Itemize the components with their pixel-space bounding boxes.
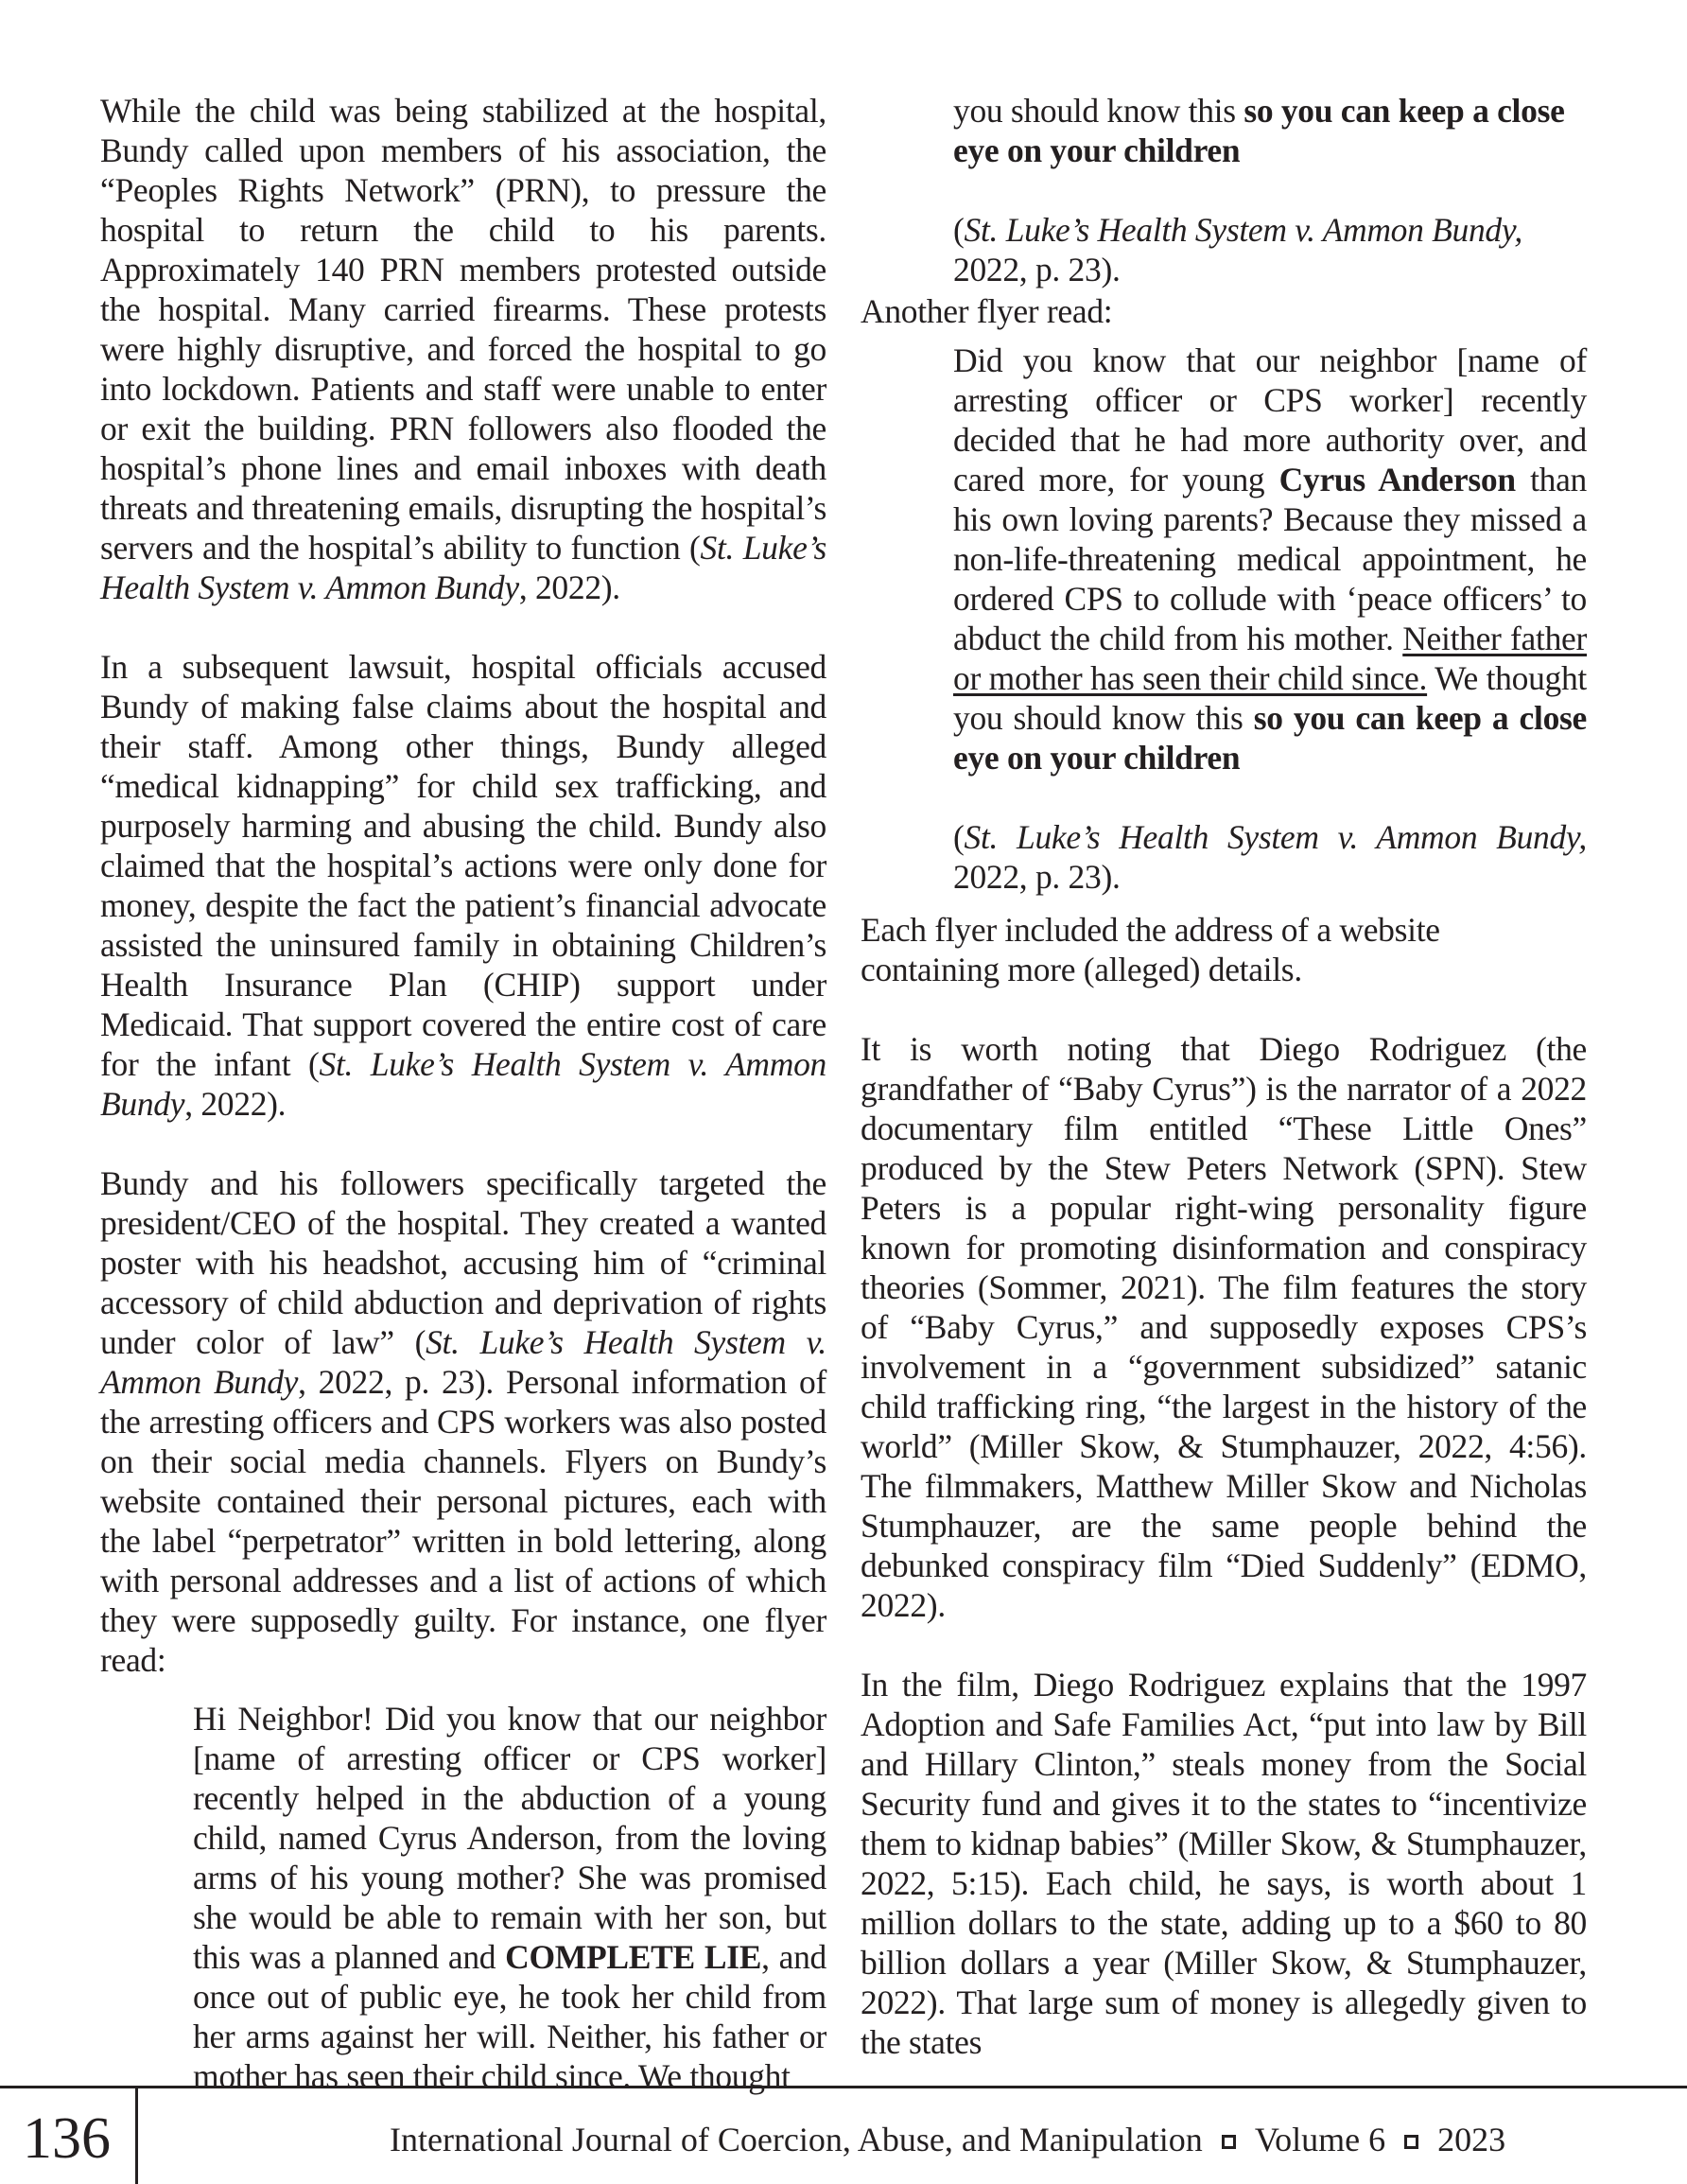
spacer xyxy=(100,1680,826,1699)
block-quote-flyer-1: Hi Neighbor! Did you know that our neigh… xyxy=(100,1699,826,2096)
footer-vertical-rule xyxy=(135,2086,138,2184)
hollow-square-separator-icon xyxy=(1222,2135,1236,2149)
paragraph-targeted-ceo: Bundy and his followers specifically tar… xyxy=(100,1163,826,1680)
paragraph-lawsuit: In a subsequent lawsuit, hospital offici… xyxy=(100,647,826,1124)
emphasis-cyrus-anderson: Cyrus Anderson xyxy=(1279,461,1516,498)
year-label: 2023 xyxy=(1437,2119,1505,2160)
page-number: 136 xyxy=(23,2107,111,2170)
right-column: you should know this so you can keep a c… xyxy=(861,91,1587,2062)
running-footer: International Journal of Coercion, Abuse… xyxy=(390,2119,1505,2160)
quote-citation: (St. Luke’s Health System v. Ammon Bundy… xyxy=(953,210,1587,289)
emphasis-complete-lie: COMPLETE LIE xyxy=(505,1938,761,1976)
hollow-square-separator-icon xyxy=(1404,2135,1418,2149)
paragraph-in-the-film: In the film, Diego Rodriguez explains th… xyxy=(861,1665,1587,2062)
journal-title: International Journal of Coercion, Abuse… xyxy=(390,2119,1203,2160)
volume-label: Volume 6 xyxy=(1255,2119,1385,2160)
another-flyer-intro: Another flyer read: xyxy=(861,291,1587,331)
paragraph-website: Each flyer included the address of a web… xyxy=(861,910,1587,989)
left-column: While the child was being stabilized at … xyxy=(100,91,826,2096)
block-quote-flyer-2: Did you know that our neighbor [name of … xyxy=(861,341,1587,897)
quote-citation: (St. Luke’s Health System v. Ammon Bundy… xyxy=(953,817,1587,897)
block-quote-flyer-1-continued: you should know this so you can keep a c… xyxy=(861,91,1587,289)
footer-horizontal-rule xyxy=(0,2086,1687,2088)
paragraph-documentary: It is worth noting that Diego Rodriguez … xyxy=(861,1029,1587,1625)
paragraph-prn-protest: While the child was being stabilized at … xyxy=(100,91,826,607)
